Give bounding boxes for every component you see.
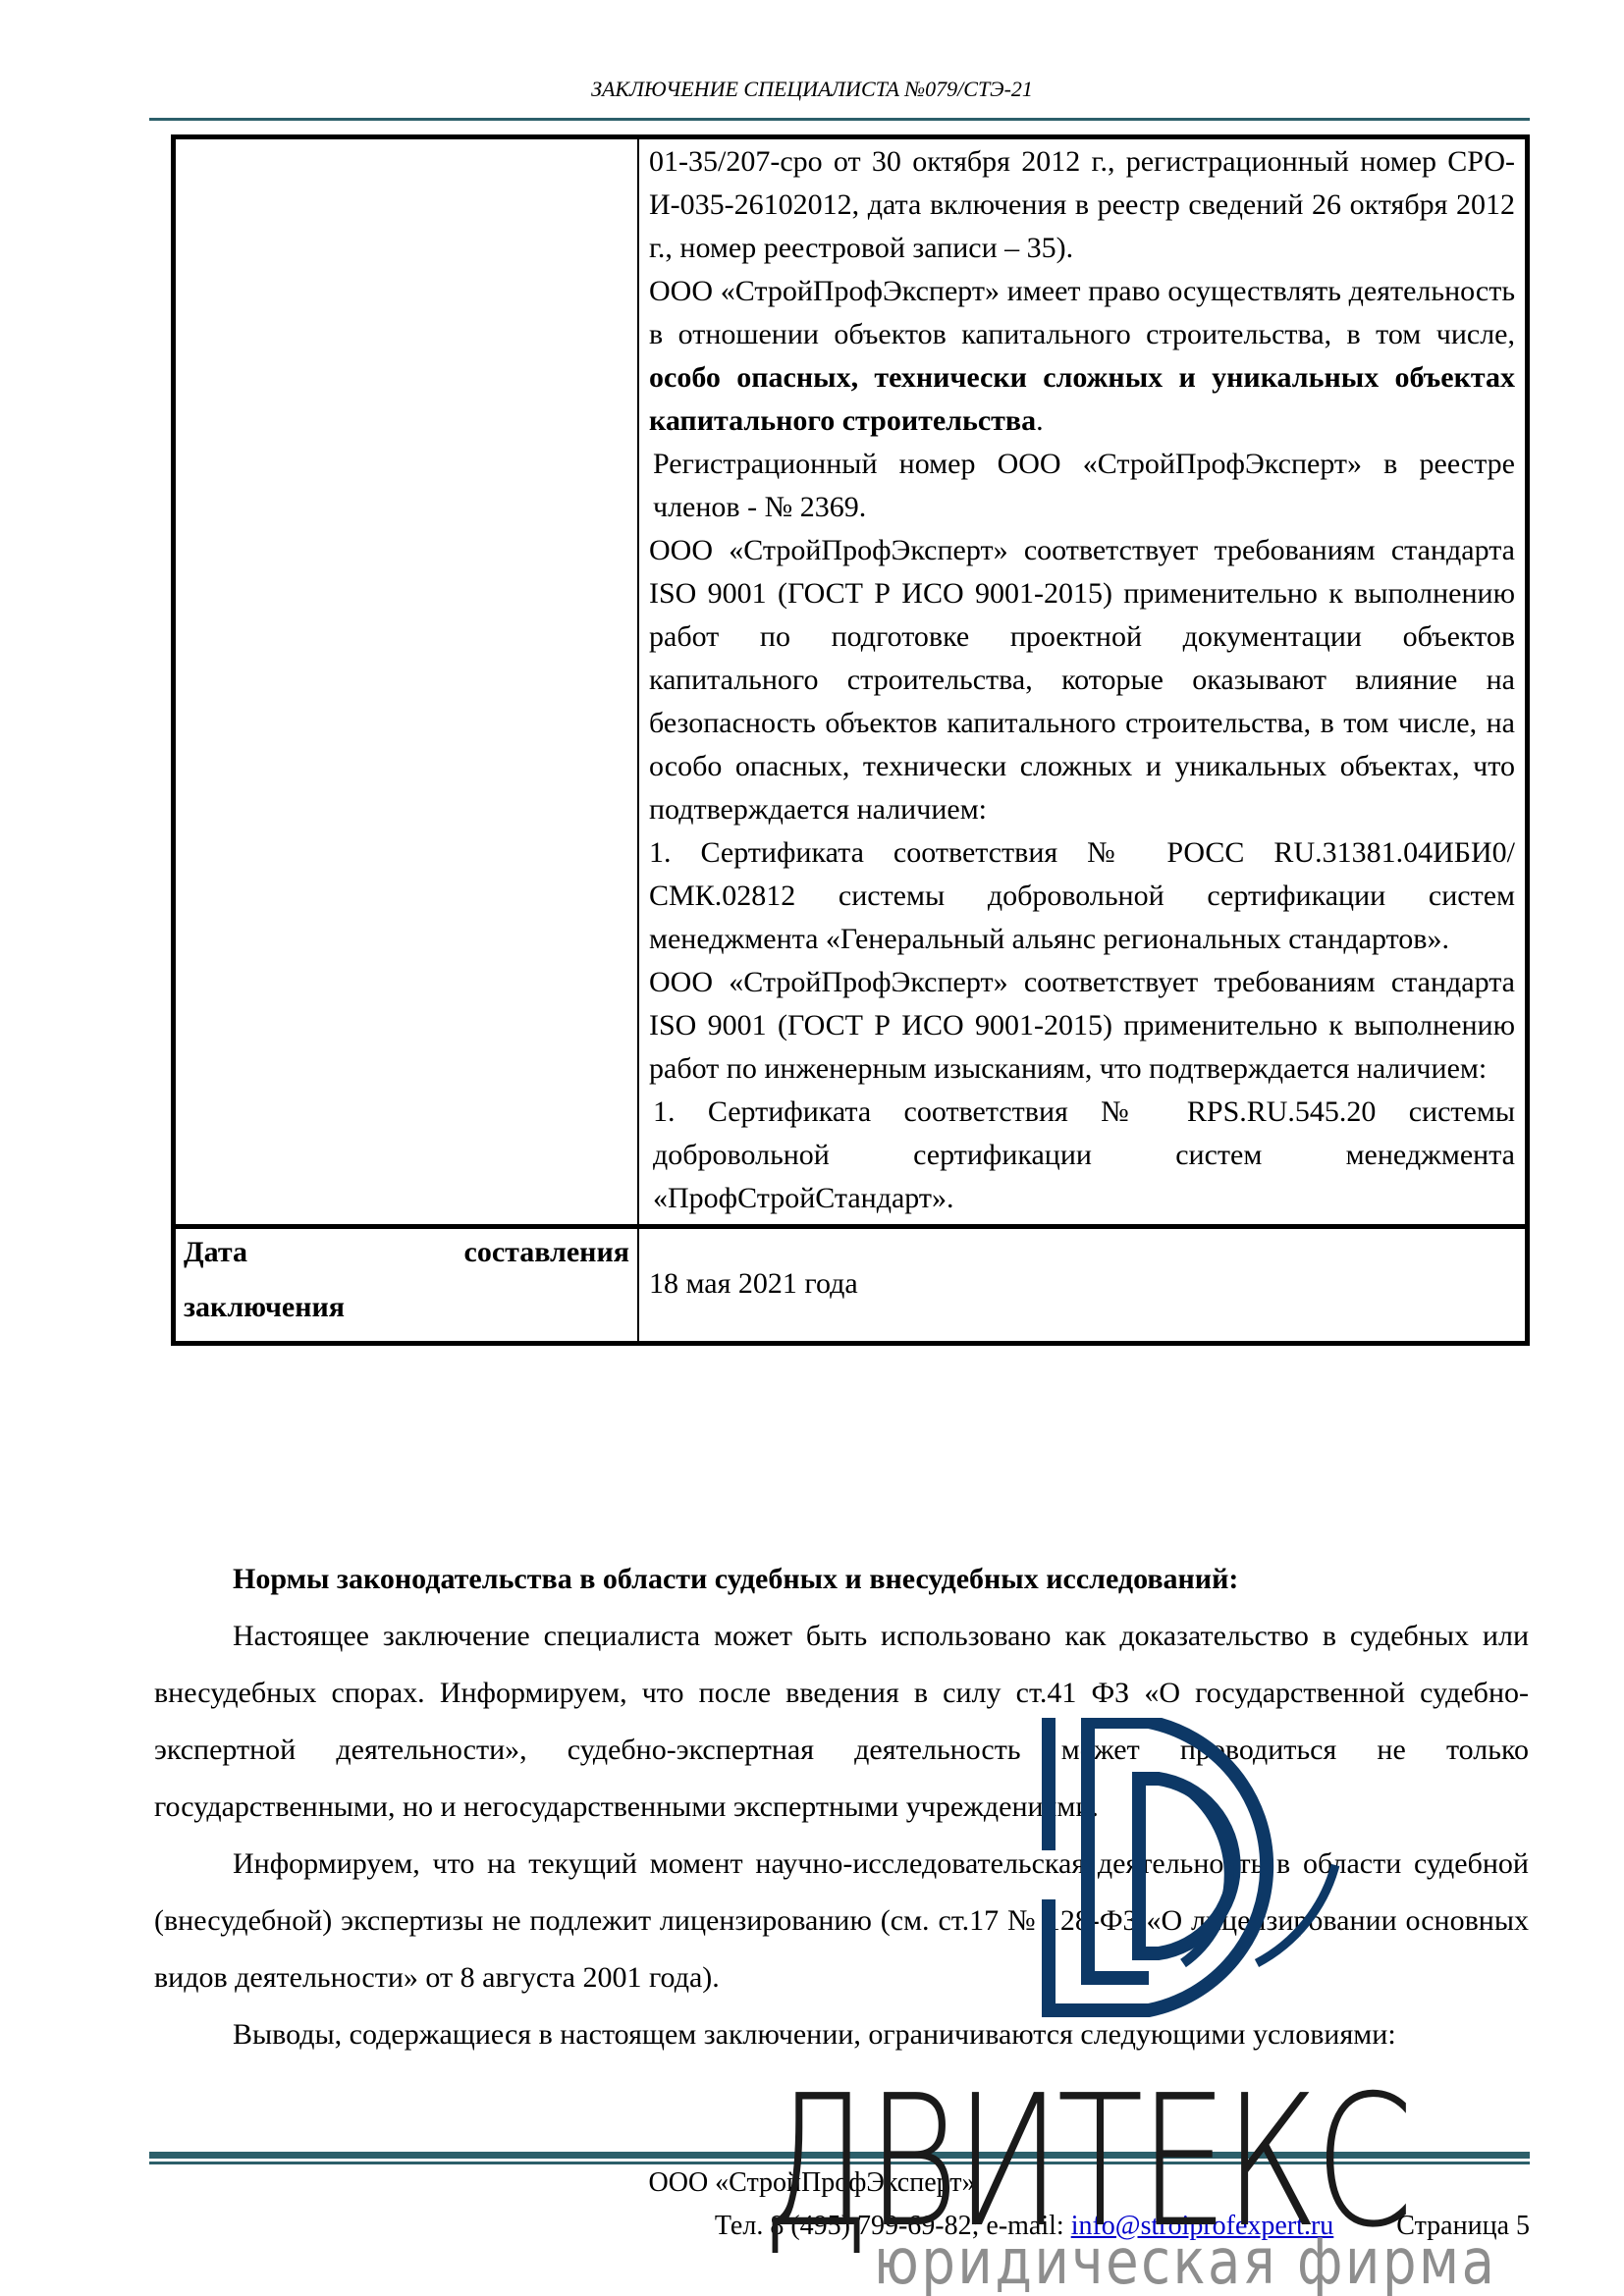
- table-cell-value: 01-35/207-сро от 30 октября 2012 г., рег…: [638, 137, 1528, 1227]
- iso-survey-text: ООО «СтройПрофЭксперт» соответствует тре…: [649, 961, 1515, 1091]
- page-header-title: ЗАКЛЮЧЕНИЕ СПЕЦИАЛИСТА №079/СТЭ-21: [0, 77, 1624, 102]
- certificate-2-text: 1. Сертификата соответствия № RPS.RU.545…: [649, 1091, 1515, 1220]
- date-label-word1: Дата: [184, 1231, 247, 1274]
- table-row: 01-35/207-сро от 30 октября 2012 г., рег…: [174, 137, 1528, 1227]
- date-label: Датасоставления заключения: [174, 1227, 639, 1344]
- iso-design-text: ООО «СтройПрофЭксперт» соответствует тре…: [649, 529, 1515, 831]
- rights-text-prefix: ООО «СтройПрофЭксперт» имеет право осуще…: [649, 275, 1515, 350]
- rights-text-suffix: .: [1036, 404, 1044, 437]
- rights-text: ООО «СтройПрофЭксперт» имеет право осуще…: [649, 270, 1515, 443]
- header-divider: [149, 118, 1530, 121]
- watermark-tagline: юридическая фирма: [874, 2226, 1496, 2296]
- info-table: 01-35/207-сро от 30 октября 2012 г., рег…: [171, 134, 1530, 1346]
- date-label-word2: составления: [464, 1231, 630, 1274]
- sro-registration-text: 01-35/207-сро от 30 октября 2012 г., рег…: [649, 140, 1515, 270]
- body-paragraph: Информируем, что на текущий момент научн…: [154, 1836, 1529, 2006]
- table-row-date: Датасоставления заключения 18 мая 2021 г…: [174, 1227, 1528, 1344]
- date-label-word3: заключения: [184, 1286, 629, 1329]
- date-value: 18 мая 2021 года: [638, 1227, 1528, 1344]
- table-cell-label: [174, 137, 639, 1227]
- body-paragraph: Настоящее заключение специалиста может б…: [154, 1608, 1529, 1836]
- rights-text-bold: особо опасных, технически сложных и уник…: [649, 361, 1515, 437]
- certificate-1-text: 1. Сертификата соответствия № РОСС RU.31…: [649, 831, 1515, 961]
- section-heading: Нормы законодательства в области судебны…: [154, 1551, 1529, 1608]
- member-number-text: Регистрационный номер ООО «СтройПрофЭксп…: [649, 443, 1515, 529]
- legal-norms-section: Нормы законодательства в области судебны…: [154, 1551, 1529, 2063]
